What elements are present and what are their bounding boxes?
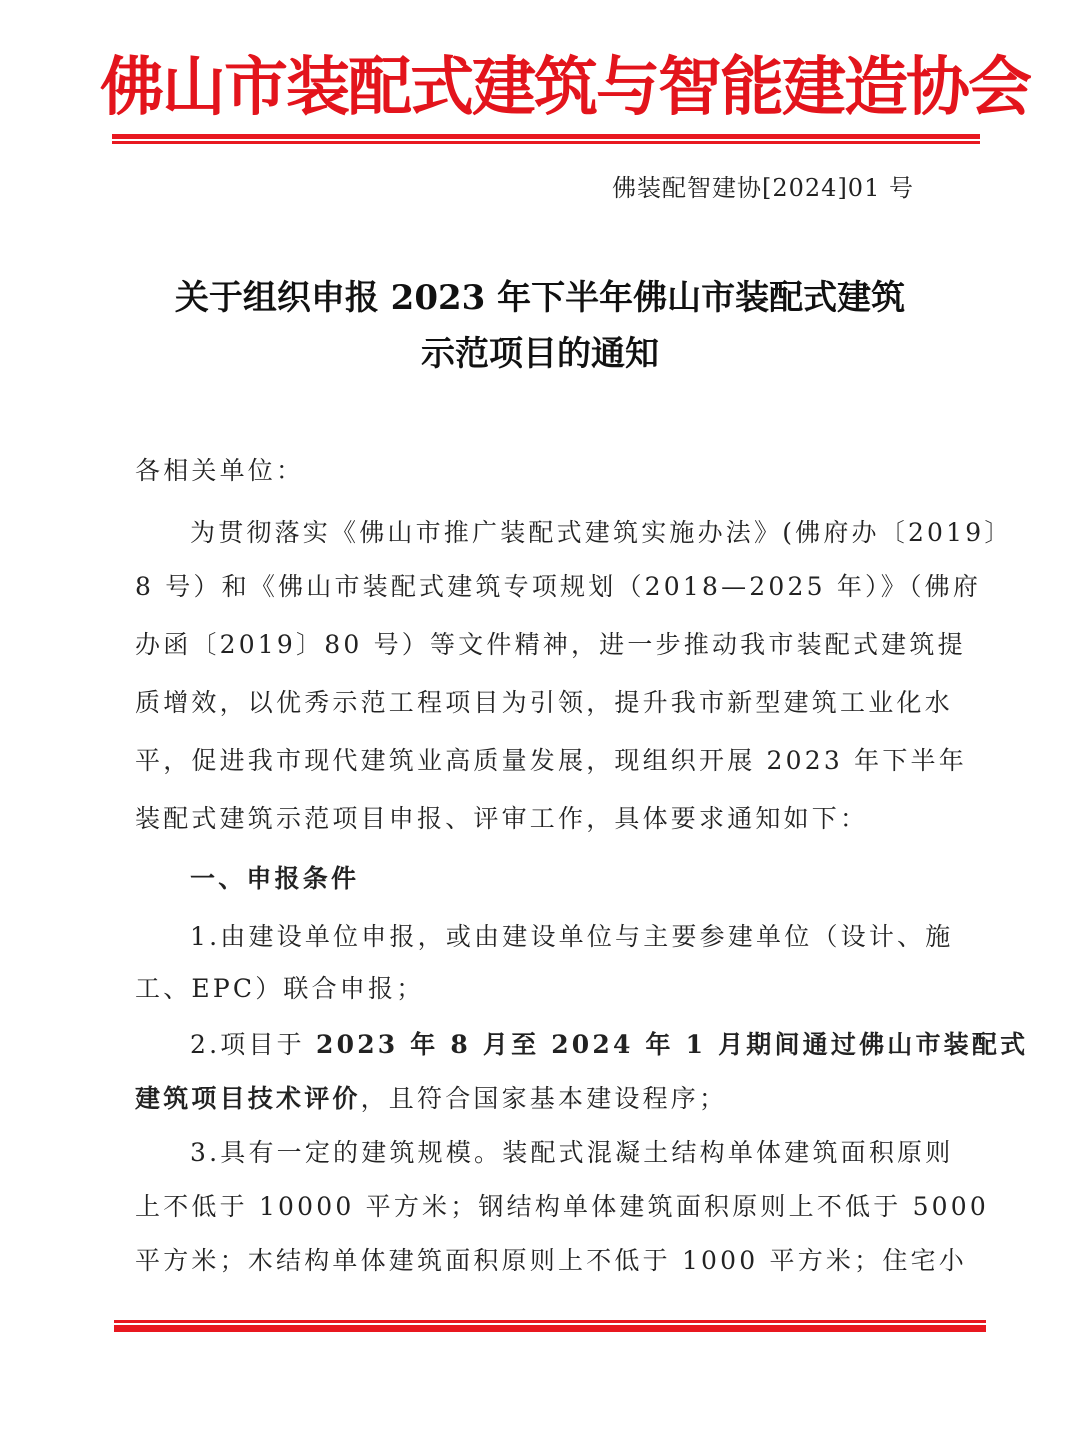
salutation: 各相关单位： — [135, 444, 947, 498]
condition-3-line: 上不低于 10000 平方米；钢结构单体建筑面积原则上不低于 5000 — [135, 1180, 947, 1234]
intro-line: 为贯彻落实《佛山市推广装配式建筑实施办法》(佛府办〔2019〕 — [190, 506, 947, 560]
condition-3-line: 3.具有一定的建筑规模。装配式混凝土结构单体建筑面积原则 — [190, 1126, 947, 1180]
condition-2-line2: 建筑项目技术评价，且符合国家基本建设程序； — [135, 1072, 947, 1126]
intro-line: 办函〔2019〕80 号）等文件精神，进一步推动我市装配式建筑提 — [135, 618, 947, 672]
intro-line: 平，促进我市现代建筑业高质量发展，现组织开展 2023 年下半年 — [135, 734, 947, 788]
condition-3-line: 平方米；木结构单体建筑面积原则上不低于 1000 平方米；住宅小 — [135, 1234, 947, 1288]
footer-rule-thick — [114, 1325, 986, 1332]
condition-1-line: 1.由建设单位申报，或由建设单位与主要参建单位（设计、施 — [190, 910, 947, 964]
section-heading: 一、申报条件 — [190, 852, 947, 906]
header-rule-thick — [112, 134, 980, 139]
header-rule-thin — [112, 141, 980, 144]
condition-2-line1: 2.项目于 2023 年 8 月至 2024 年 1 月期间通过佛山市装配式 — [190, 1018, 947, 1072]
condition-2-bold: 2023 年 8 月至 2024 年 1 月期间通过佛山市装配式 — [316, 1030, 1028, 1059]
condition-2-bold: 建筑项目技术评价 — [135, 1084, 361, 1113]
org-name: 佛山市装配式建筑与智能建造协会 — [100, 48, 980, 128]
intro-line: 8 号）和《佛山市装配式建筑专项规划（2018—2025 年）》（佛府 — [135, 560, 947, 614]
notice-title-line1: 关于组织申报 2023 年下半年佛山市装配式建筑 — [110, 272, 970, 324]
intro-line: 质增效，以优秀示范工程项目为引领，提升我市新型建筑工业化水 — [135, 676, 947, 730]
condition-1-line: 工、EPC）联合申报； — [135, 962, 947, 1016]
document-number: 佛装配智建协[2024]01 号 — [612, 170, 914, 206]
footer-rule-thin — [114, 1320, 986, 1323]
notice-title-line2: 示范项目的通知 — [110, 328, 970, 380]
condition-2-prefix: 2.项目于 — [190, 1030, 316, 1059]
intro-line: 装配式建筑示范项目申报、评审工作，具体要求通知如下： — [135, 792, 947, 846]
condition-2-suffix: ，且符合国家基本建设程序； — [361, 1084, 728, 1113]
